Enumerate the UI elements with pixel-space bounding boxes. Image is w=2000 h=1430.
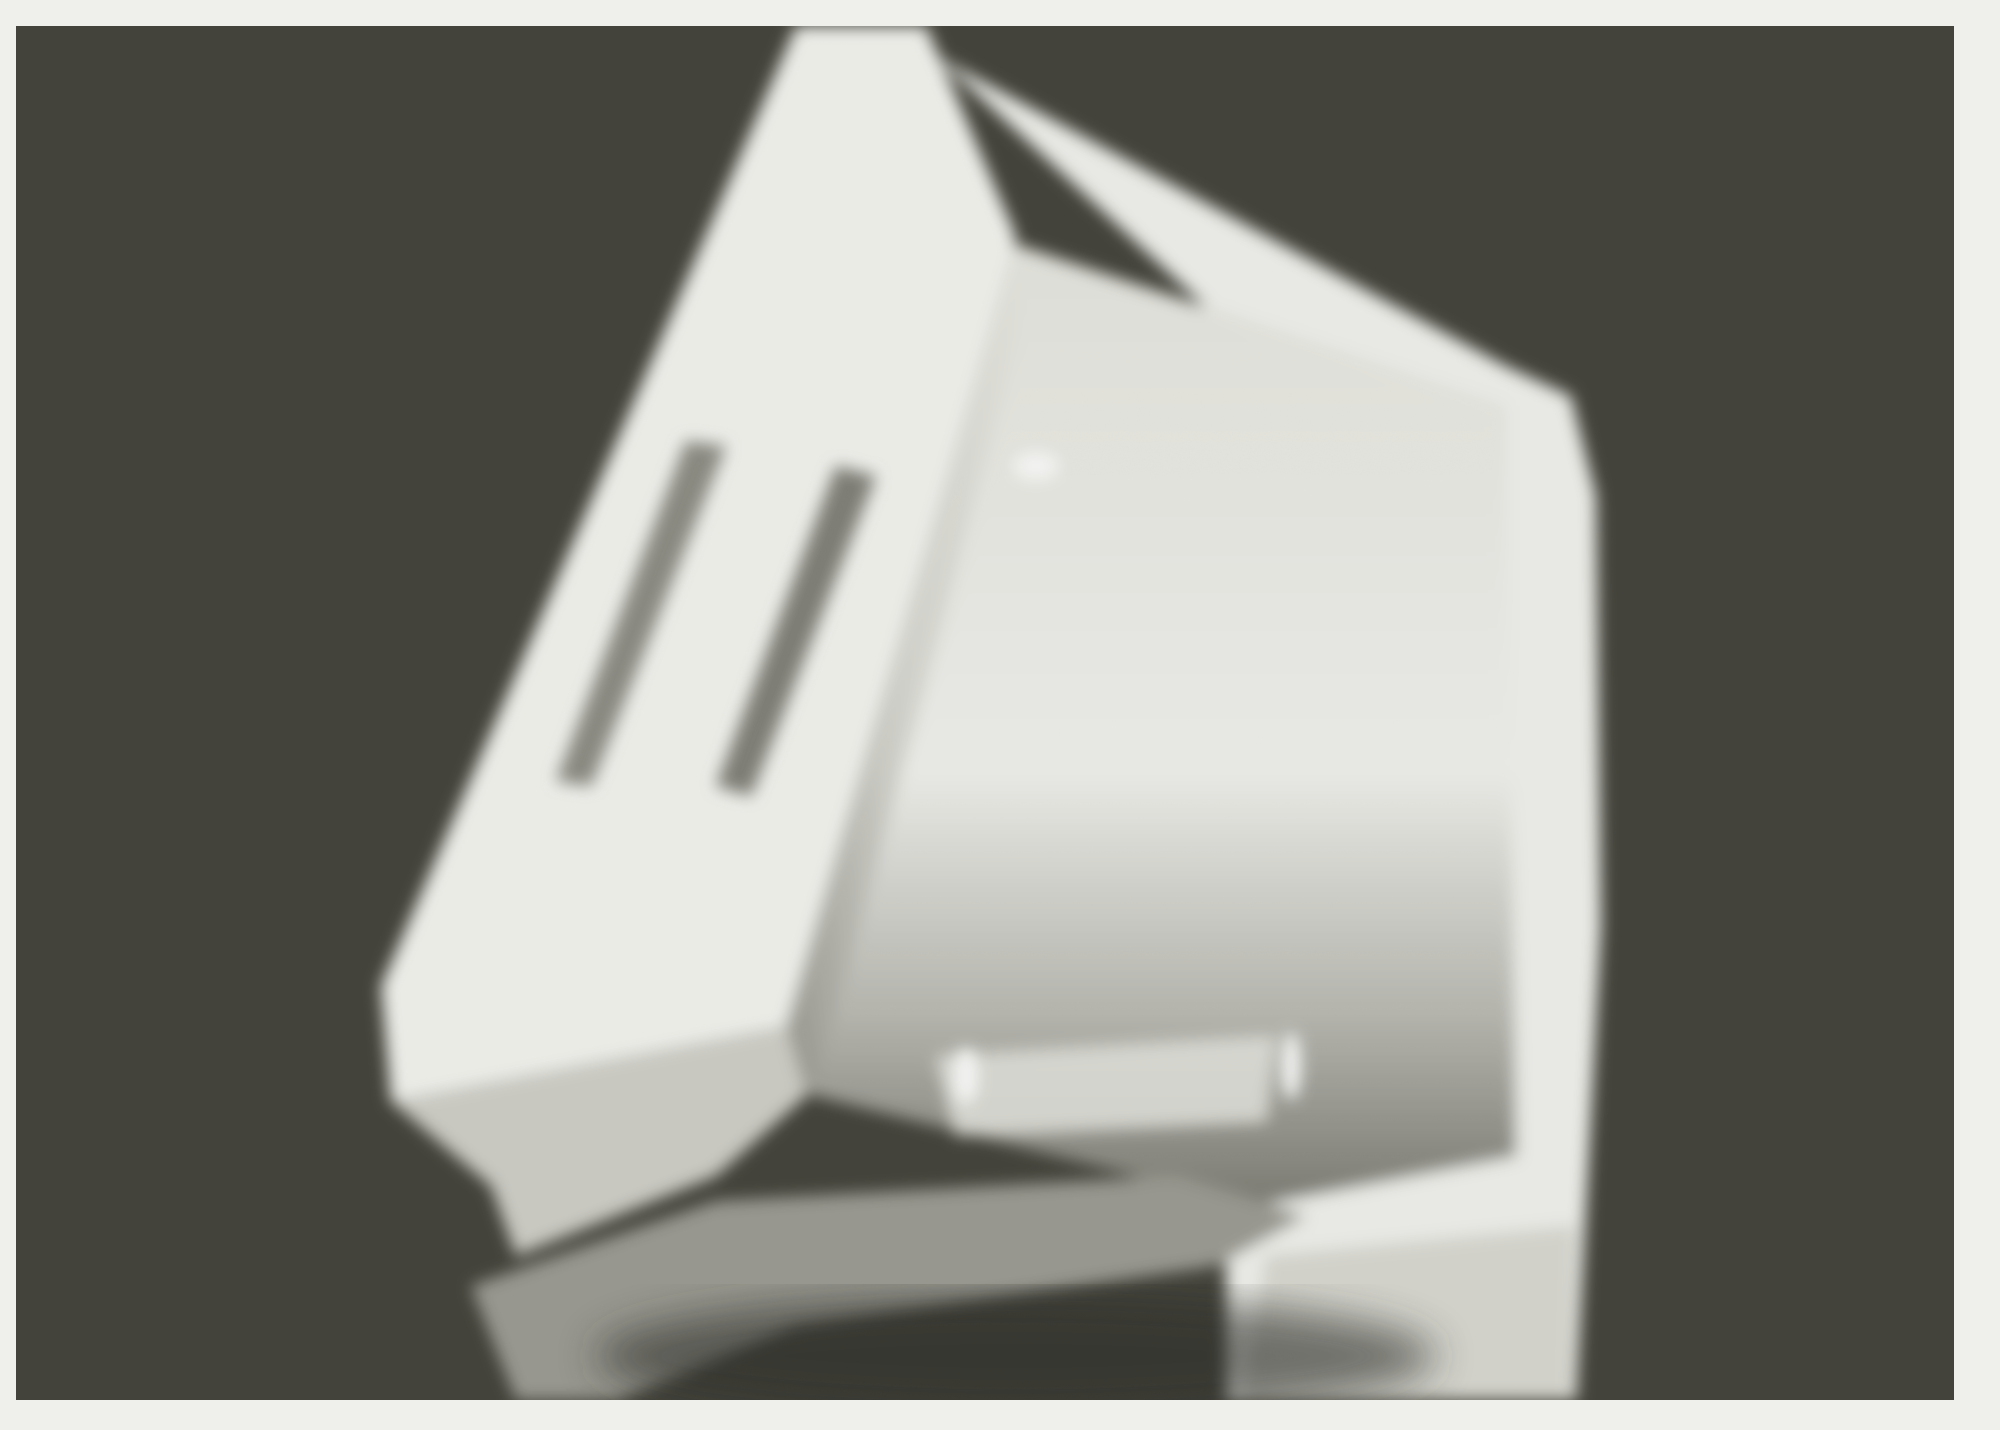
halftone-grain [16,26,1954,1400]
scanned-paper: Scanned halftone grayscale photograph of… [0,0,2000,1430]
photograph: Scanned halftone grayscale photograph of… [16,26,1954,1400]
photo-illustration [16,26,1954,1400]
